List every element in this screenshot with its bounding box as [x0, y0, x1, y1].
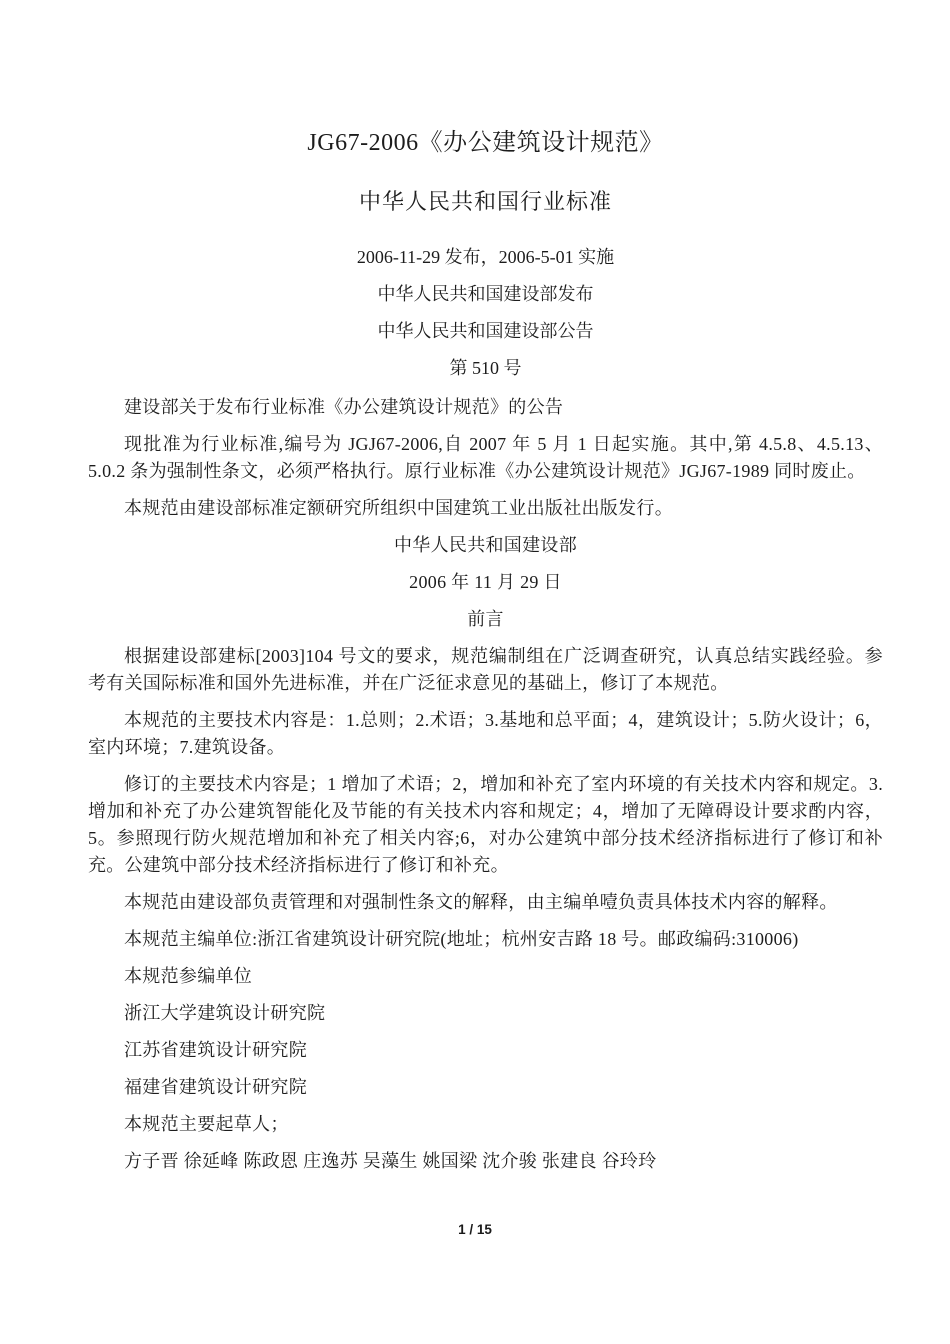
publish-date-line: 2006-11-29 发布，2006-5-01 实施: [88, 245, 883, 269]
approval-paragraph: 现批准为行业标准,编号为 JGJ67-2006,自 2007 年 5 月 1 日…: [88, 431, 883, 485]
signature-date: 2006 年 11 月 29 日: [88, 569, 883, 596]
page-number: 1 / 15: [0, 1222, 950, 1237]
announcement-line: 中华人民共和国建设部公告: [88, 319, 883, 343]
co-editor-unit-1: 浙江大学建筑设计研究院: [88, 1000, 883, 1027]
foreword-heading: 前言: [88, 606, 883, 633]
foreword-paragraph-2: 本规范的主要技术内容是：1.总则；2.术语；3.基地和总平面；4，建筑设计；5.…: [88, 707, 883, 761]
drafters-heading: 本规范主要起草人；: [88, 1111, 883, 1138]
publisher-line: 中华人民共和国建设部发布: [88, 282, 883, 306]
doc-title: JG67-2006《办公建筑设计规范》: [88, 128, 883, 158]
foreword-paragraph-1: 根据建设部建标[2003]104 号文的要求，规范编制组在广泛调查研究，认真总结…: [88, 643, 883, 697]
co-editor-units-heading: 本规范参编单位: [88, 963, 883, 990]
announcement-number: 第 510 号: [88, 356, 883, 380]
foreword-paragraph-3: 修订的主要技术内容是；1 增加了术语；2，增加和补充了室内环境的有关技术内容和规…: [88, 771, 883, 879]
announcement-heading: 建设部关于发布行业标准《办公建筑设计规范》的公告: [88, 394, 883, 421]
drafters-names: 方子晋 徐延峰 陈政恩 庄逸苏 吴藻生 姚国梁 沈介骏 张建良 谷玲玲: [88, 1148, 883, 1175]
co-editor-unit-3: 福建省建筑设计研究院: [88, 1074, 883, 1101]
co-editor-unit-2: 江苏省建筑设计研究院: [88, 1037, 883, 1064]
ministry-signature: 中华人民共和国建设部: [88, 532, 883, 559]
document-content: JG67-2006《办公建筑设计规范》 中华人民共和国行业标准 2006-11-…: [88, 128, 883, 1185]
chief-editor-unit: 本规范主编单位:浙江省建筑设计研究院(地址；杭州安吉路 18 号。邮政编码:31…: [88, 926, 883, 953]
doc-standard-type: 中华人民共和国行业标准: [88, 188, 883, 216]
publication-paragraph: 本规范由建设部标准定额研究所组织中国建筑工业出版社出版发行。: [88, 495, 883, 522]
management-paragraph: 本规范由建设部负责管理和对强制性条文的解释，由主编单噎负责具体技术内容的解释。: [88, 889, 883, 916]
document-page: JG67-2006《办公建筑设计规范》 中华人民共和国行业标准 2006-11-…: [0, 0, 950, 1344]
